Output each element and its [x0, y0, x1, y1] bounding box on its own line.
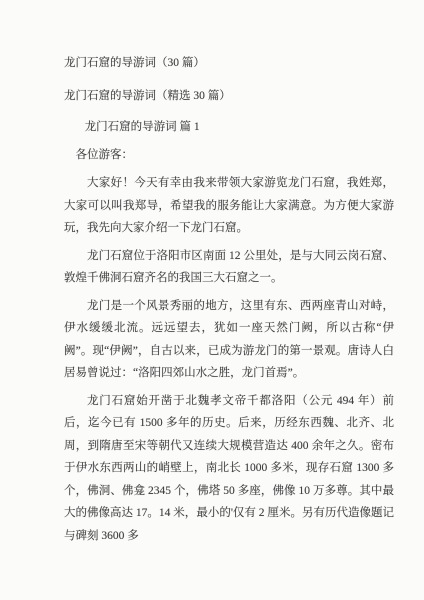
- paragraph-history: 龙门石窟始开凿于北魏孝文帝千都洛阳（公元 494 年）前后，迄今已有 1500 …: [64, 390, 394, 548]
- document-page: 龙门石窟的导游词（30 篇） 龙门石窟的导游词（精选 30 篇） 龙门石窟的导游…: [0, 0, 424, 600]
- paragraph-scenery: 龙门是一个风景秀丽的地方，这里有东、西两座青山对峙，伊水缓缓北流。远远望去，犹如…: [64, 295, 394, 385]
- paragraph-location: 龙门石窟位于洛阳市区南面 12 公里处，是与大同云岗石窟、敦煌千佛洞石窟齐名的我…: [64, 245, 394, 290]
- doc-title: 龙门石窟的导游词（30 篇）: [64, 52, 394, 75]
- doc-subtitle: 龙门石窟的导游词（精选 30 篇）: [64, 85, 394, 108]
- salutation: 各位游客：: [64, 144, 394, 167]
- section-title: 龙门石窟的导游词 篇 1: [64, 116, 394, 139]
- paragraph-intro: 大家好！今天有幸由我来带领大家游览龙门石窟，我姓郑，大家可以叫我郑导，希望我的服…: [64, 172, 394, 240]
